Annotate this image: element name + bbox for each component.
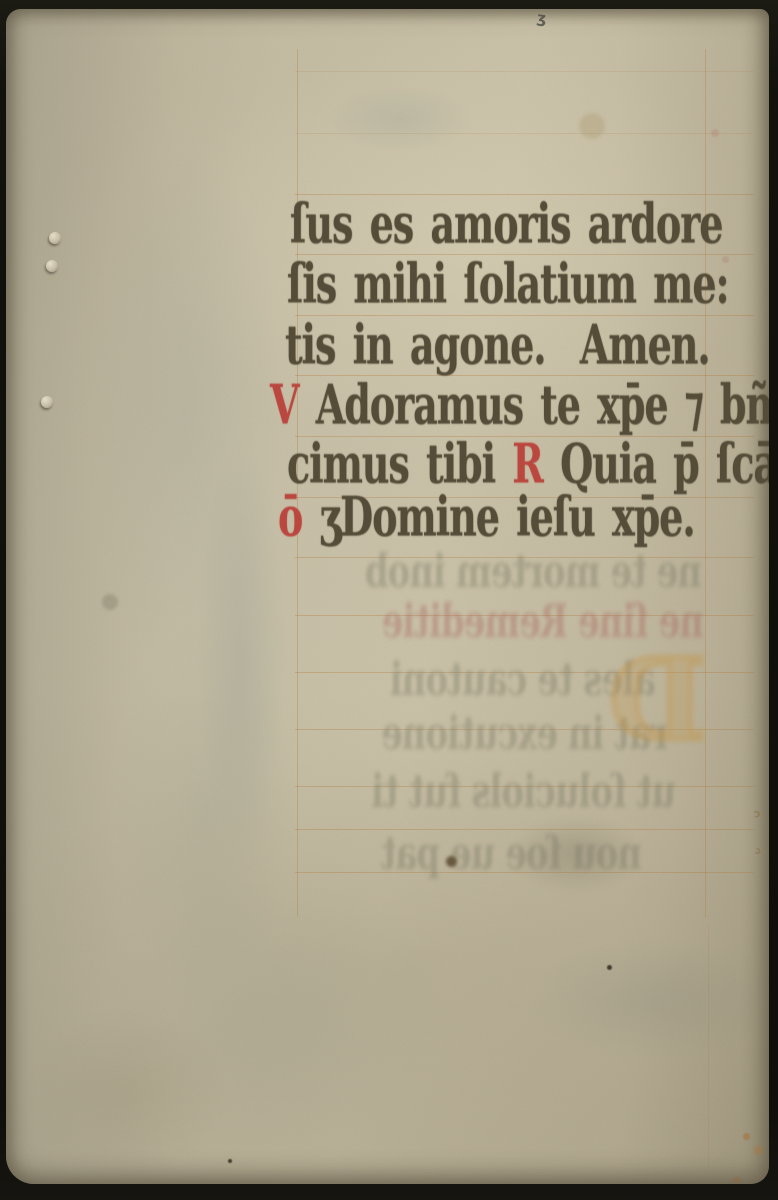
margin-mark: ɔ xyxy=(754,846,762,857)
stain-speck xyxy=(102,594,118,610)
manuscript-text-line: ſus es amoris ardore xyxy=(290,197,722,251)
manuscript-text-line: V Adoramus te xp̄e ⁊ bñdi xyxy=(270,378,769,432)
rubric-segment: ō xyxy=(278,484,320,548)
bleedthrough-initial-d: D xyxy=(609,651,706,751)
manuscript-text-line: ſis mihi ſolatium me: xyxy=(287,257,729,311)
stain xyxy=(196,439,286,859)
stain-speck xyxy=(743,1133,750,1140)
ink-text-segment: tis in agone. Amen. xyxy=(285,312,710,376)
ink-text-segment: ſus es amoris ardore xyxy=(290,191,722,255)
bleedthrough-line: ut ſoluciols fut ti xyxy=(288,769,676,815)
bleedthrough-line: nou ſoe ue pat xyxy=(300,831,642,877)
stain-speck xyxy=(579,113,605,139)
ink-text-segment: ʒDomine ieſu xp̄e. xyxy=(320,484,695,548)
manuscript-text-line: cimus tibi R Quia p̄ ſcām xyxy=(287,437,769,491)
bleedthrough-line: ne te mortem inob xyxy=(302,549,702,595)
ruling-line-horizontal xyxy=(295,133,754,134)
parchment-hole xyxy=(49,232,61,244)
margin-mark: ɔ xyxy=(753,808,761,820)
stain-speck xyxy=(722,256,729,263)
manuscript-page: ne te mortem inobne ſine Remeditieales t… xyxy=(6,9,769,1184)
ink-text-segment: ſis mihi ſolatium me: xyxy=(287,251,729,315)
stain xyxy=(116,619,296,999)
stain xyxy=(26,1009,226,1179)
rubric-segment: V xyxy=(270,372,316,436)
stain-speck xyxy=(228,1159,232,1163)
parchment-hole xyxy=(46,260,58,272)
stain xyxy=(326,84,476,154)
stain-speck xyxy=(607,965,612,970)
stain xyxy=(526,939,769,1059)
bleedthrough-line: ales te cautoni xyxy=(296,657,656,703)
manuscript-text-line: tis in agone. Amen. xyxy=(285,318,710,372)
stain-speck xyxy=(734,1177,740,1183)
ruling-line-vertical xyxy=(708,924,709,1169)
ruling-line-horizontal xyxy=(295,71,754,72)
margin-mark: ʒ xyxy=(536,10,548,26)
stain-speck xyxy=(446,856,457,867)
photo-background: ne te mortem inobne ſine Remeditieales t… xyxy=(0,0,778,1200)
manuscript-text-line: ō ʒDomine ieſu xp̄e. xyxy=(278,490,695,544)
stain-speck xyxy=(754,1146,763,1155)
stain-speck xyxy=(711,129,719,137)
parchment-hole xyxy=(41,396,53,408)
ink-text-segment: Adoramus te xp̄e ⁊ bñdi xyxy=(316,372,769,436)
stain xyxy=(91,149,281,689)
stain xyxy=(106,879,446,1149)
